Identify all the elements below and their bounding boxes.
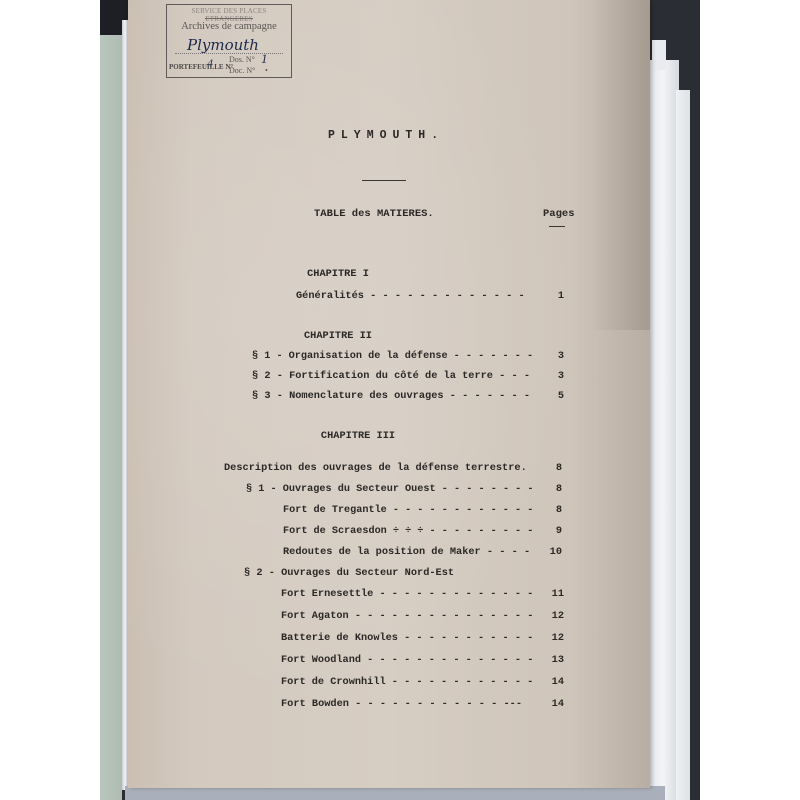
stamp-doss-label: Dos. N° — [229, 55, 255, 64]
toc-page-number: 14 — [540, 698, 564, 710]
toc-entry: § 2 - Ouvrages du Secteur Nord-Est — [244, 567, 454, 579]
toc-page-number: 1 — [540, 290, 564, 302]
toc-entry: § 1 - Ouvrages du Secteur Ouest - - - - … — [246, 483, 534, 495]
toc-dot-leader: - - - - - - - - - - - - — [387, 504, 534, 516]
toc-dot-leader: ÷ ÷ ÷ - - - - - - - - - — [387, 525, 534, 537]
toc-entry-title: Fort de Tregantle — [283, 504, 387, 516]
pages-column-label: Pages — [543, 208, 575, 220]
toc-entry: Fort de Scraesdon ÷ ÷ ÷ - - - - - - - - … — [283, 525, 533, 537]
stacked-sheet — [646, 60, 679, 800]
toc-entry-title: Fort de Scraesdon — [283, 525, 387, 537]
toc-dot-leader: - - - - - - - - - - - - - — [364, 290, 525, 302]
toc-dot-leader: - - - - - - - - — [436, 483, 534, 495]
toc-entry: Fort Woodland - - - - - - - - - - - - - … — [281, 654, 533, 666]
toc-dot-leader: - - - - - - - - - - - - --- — [349, 698, 522, 710]
toc-entry-title: Fort de Crownhill — [281, 676, 386, 688]
toc-page-number: 10 — [538, 546, 562, 558]
toc-dot-leader: - - - — [493, 370, 530, 382]
toc-entry-title: Fort Woodland — [281, 654, 361, 666]
toc-entry-title: Généralités — [296, 290, 364, 302]
toc-entry: Fort de Tregantle - - - - - - - - - - - … — [283, 504, 533, 516]
title-underline — [362, 180, 406, 181]
toc-entry-title: § 3 - Nomenclature des ouvrages — [252, 390, 444, 402]
stamp-rule — [205, 18, 253, 19]
toc-page-number: 3 — [540, 350, 564, 362]
toc-page-number: 14 — [540, 676, 564, 688]
stamp-doc-label: Doc. N° — [229, 66, 255, 75]
stacked-sheet — [676, 90, 690, 800]
stacked-sheet-tab — [652, 40, 666, 70]
toc-dot-leader: - - - - - - - - - - - - - - — [361, 654, 533, 666]
toc-page-number: 8 — [538, 462, 562, 474]
toc-page-number: 8 — [538, 504, 562, 516]
stamp-portfolio-value: 4 — [207, 56, 213, 71]
green-folder — [100, 35, 122, 800]
toc-dot-leader: - - - - - - - - - - - - - — [373, 588, 533, 600]
toc-entry: Fort Ernesettle - - - - - - - - - - - - … — [281, 588, 533, 600]
toc-entry-title: § 2 - Ouvrages du Secteur Nord-Est — [244, 567, 454, 579]
chapter-heading: CHAPITRE I — [248, 268, 428, 280]
document-title: PLYMOUTH. — [328, 129, 444, 142]
toc-dot-leader: - - - - - - - - - - - - - - - — [349, 610, 534, 622]
toc-entry: § 2 - Fortification du côté de la terre … — [252, 370, 530, 382]
toc-page-number: 8 — [538, 483, 562, 495]
toc-entry: Fort Agaton - - - - - - - - - - - - - - … — [281, 610, 533, 622]
stamp-portfolio-label: PORTEFEUILLE N° — [169, 63, 233, 71]
pages-underline — [549, 226, 565, 227]
toc-entry: Batterie de Knowles - - - - - - - - - - … — [281, 632, 533, 644]
toc-page-number: 5 — [540, 390, 564, 402]
toc-page-number: 11 — [540, 588, 564, 600]
folder-bottom-edge — [125, 786, 665, 800]
toc-entry-title: § 1 - Ouvrages du Secteur Ouest — [246, 483, 436, 495]
toc-page-number: 9 — [538, 525, 562, 537]
toc-entry-title: Fort Bowden — [281, 698, 349, 710]
toc-entry-title: § 1 - Organisation de la défense — [252, 350, 448, 362]
stamp-doc-value: • — [265, 66, 268, 75]
toc-dot-leader: - - - - - - - - - - - — [398, 632, 533, 644]
stamp-place-handwritten: Plymouth — [187, 36, 259, 54]
toc-heading: TABLE des MATIERES. — [314, 208, 434, 220]
page-shadow — [590, 0, 650, 330]
toc-entry-title: Redoutes de la position de Maker — [283, 546, 481, 558]
toc-page-number: 3 — [540, 370, 564, 382]
toc-dot-leader: - - - - - - - - - - - - — [386, 676, 534, 688]
toc-entry: Redoutes de la position de Maker - - - - — [283, 546, 530, 558]
toc-dot-leader: - - - - - - - — [444, 390, 531, 402]
toc-entry-title: Fort Agaton — [281, 610, 349, 622]
toc-entry: § 1 - Organisation de la défense - - - -… — [252, 350, 533, 362]
toc-entry: Description des ouvrages de la défense t… — [224, 462, 527, 474]
toc-entry: Fort de Crownhill - - - - - - - - - - - … — [281, 676, 533, 688]
toc-page-number: 13 — [540, 654, 564, 666]
toc-dot-leader: - - - - - - - — [448, 350, 534, 362]
toc-page-number: 12 — [540, 632, 564, 644]
chapter-heading: CHAPITRE II — [248, 330, 428, 342]
toc-entry: Généralités - - - - - - - - - - - - - — [296, 290, 525, 302]
toc-dot-leader: - - - - — [481, 546, 530, 558]
archive-stamp: SERVICE DES PLACES ETRANGERES Archives d… — [166, 4, 292, 78]
toc-entry-title: § 2 - Fortification du côté de la terre — [252, 370, 493, 382]
toc-entry: § 3 - Nomenclature des ouvrages - - - - … — [252, 390, 530, 402]
chapter-heading: CHAPITRE III — [268, 430, 448, 442]
toc-entry: Fort Bowden - - - - - - - - - - - - --- — [281, 698, 522, 710]
toc-entry-title: Batterie de Knowles — [281, 632, 398, 644]
document-page: SERVICE DES PLACES ETRANGERES Archives d… — [128, 0, 650, 788]
stamp-doss-value: 1 — [261, 51, 268, 67]
toc-entry-title: Description des ouvrages de la défense t… — [224, 462, 527, 474]
toc-page-number: 12 — [540, 610, 564, 622]
toc-entry-title: Fort Ernesettle — [281, 588, 373, 600]
stamp-subtitle: Archives de campagne — [167, 21, 291, 32]
